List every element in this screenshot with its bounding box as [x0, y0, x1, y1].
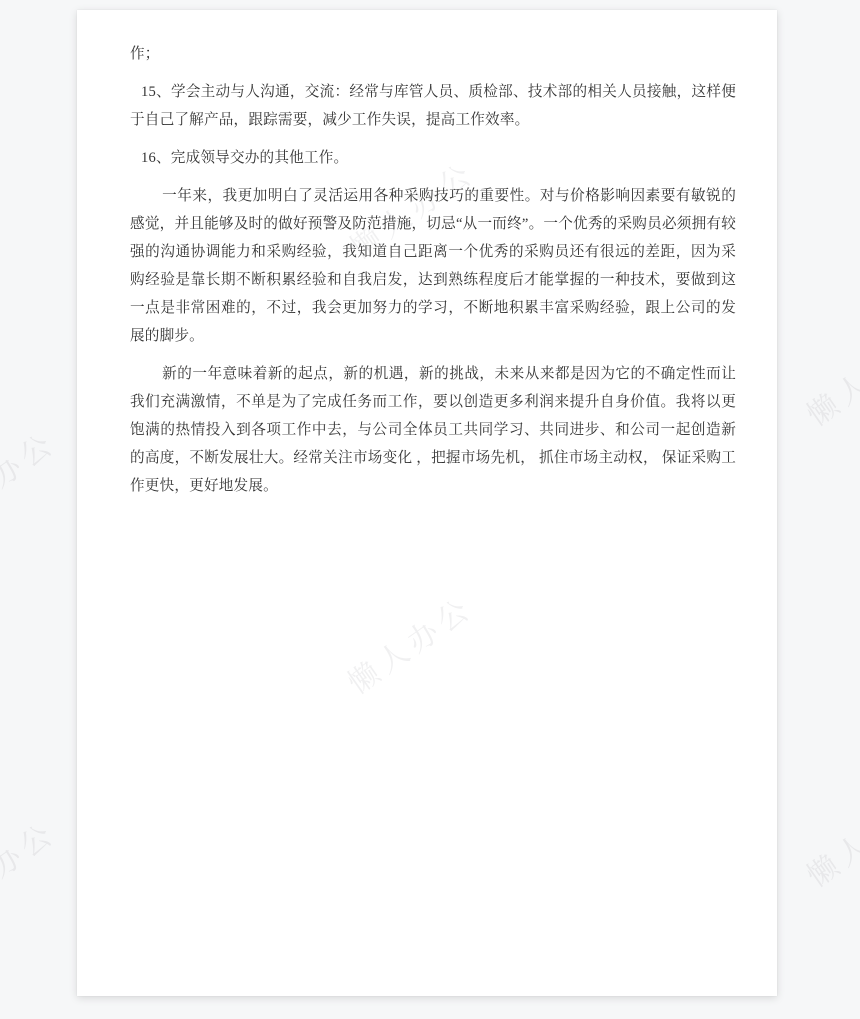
watermark-text: 懒人办公 — [0, 809, 64, 928]
paragraph-item-15: 15、学会主动与人沟通，交流：经常与库管人员、质检部、技术部的相关人员接触，这样… — [130, 78, 736, 134]
document-text-area: 作； 15、学会主动与人沟通，交流：经常与库管人员、质检部、技术部的相关人员接触… — [77, 10, 777, 996]
watermark-text: 懒人办公 — [796, 316, 860, 435]
document-viewer: { "page": { "background_color": "#f6f7f8… — [0, 0, 860, 1019]
paragraph-new-year-outlook: 新的一年意味着新的起点，新的机遇，新的挑战，未来从来都是因为它的不确定性而让我们… — [130, 360, 736, 500]
paragraph-continuation: 作； — [130, 40, 736, 68]
document-page: 作； 15、学会主动与人沟通，交流：经常与库管人员、质检部、技术部的相关人员接触… — [77, 10, 777, 996]
watermark-text: 懒人办公 — [796, 777, 860, 896]
paragraph-summary-year: 一年来，我更加明白了灵活运用各种采购技巧的重要性。对与价格影响因素要有敏锐的感觉… — [130, 182, 736, 350]
watermark-text: 懒人办公 — [0, 419, 64, 538]
paragraph-item-16: 16、完成领导交办的其他工作。 — [130, 144, 736, 172]
